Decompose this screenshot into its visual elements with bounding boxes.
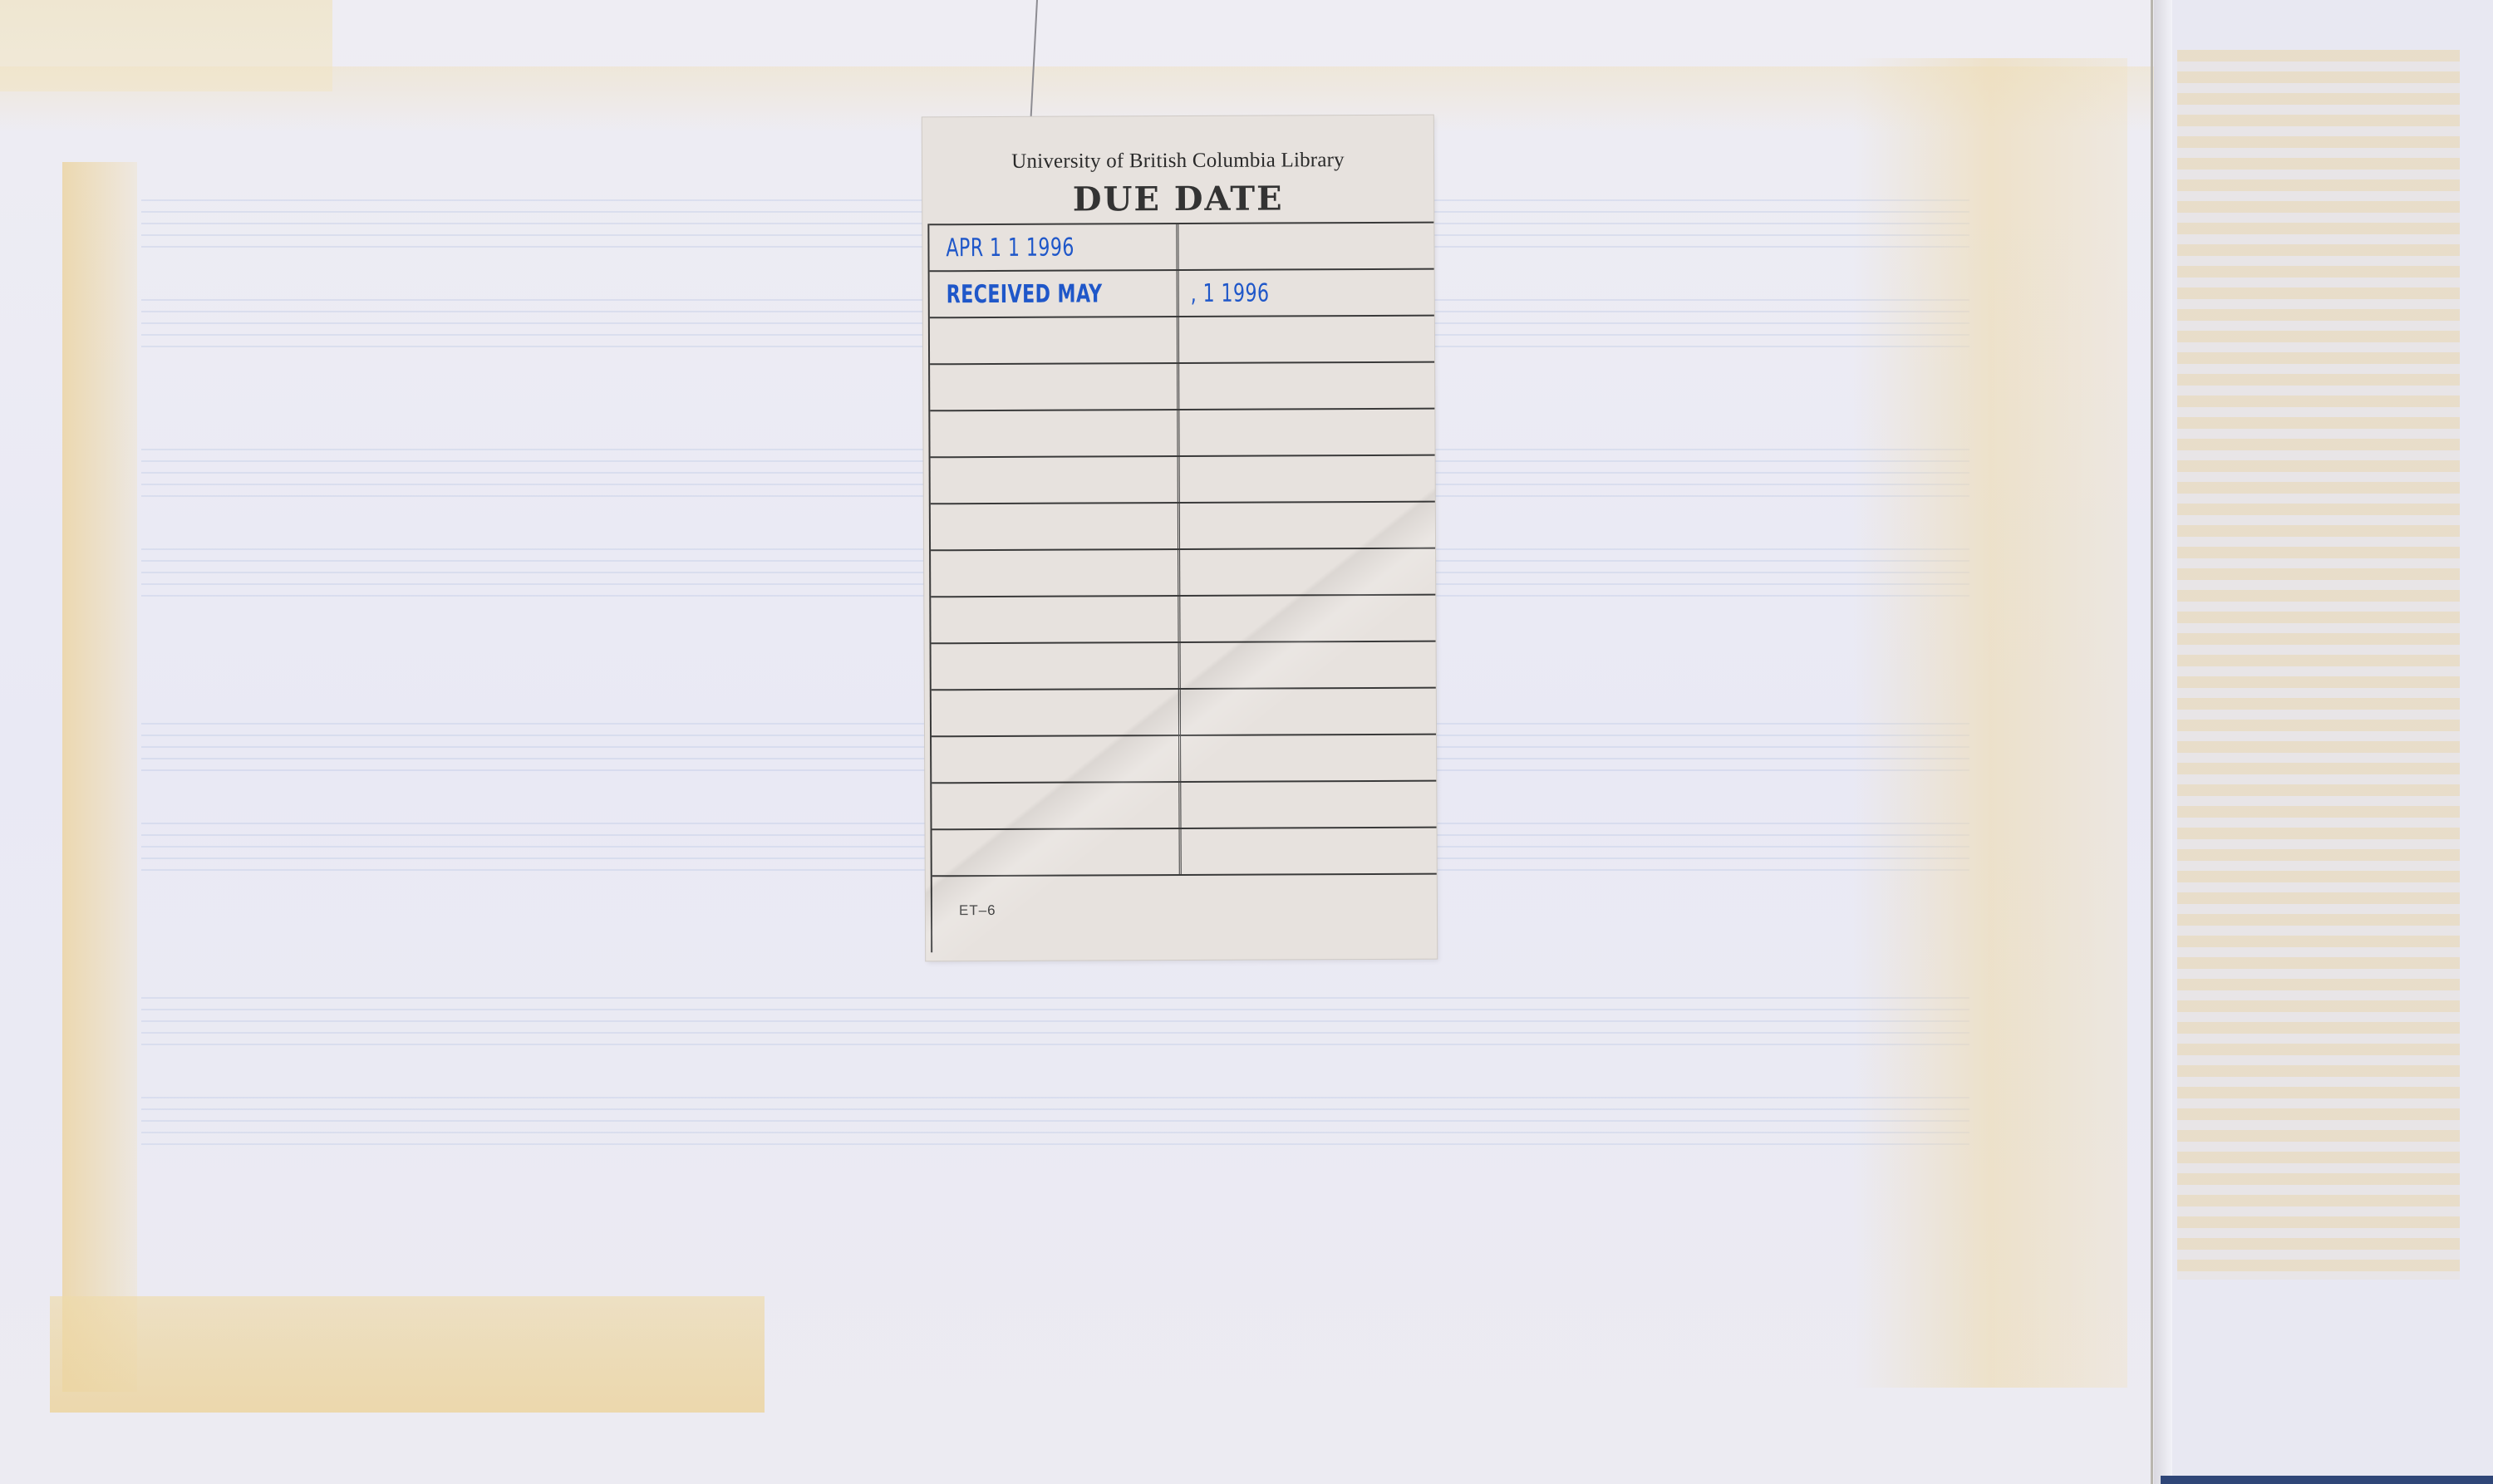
date-row	[931, 594, 1435, 643]
form-code: ET–6	[959, 902, 996, 919]
due-date-slip: University of British Columbia Library D…	[922, 115, 1437, 961]
date-row	[932, 780, 1436, 829]
slip-institution: University of British Columbia Library	[922, 149, 1433, 174]
date-row: APR 1 1 1996	[929, 222, 1433, 271]
spine-fold-line	[2151, 0, 2153, 1484]
received-stamp: RECEIVED MAY	[947, 279, 1103, 309]
due-date-grid: APR 1 1 1996 RECEIVED MAY , 1 1996	[929, 222, 1436, 877]
date-row	[931, 455, 1435, 504]
due-date-stamp: APR 1 1 1996	[946, 233, 1074, 263]
date-row	[931, 501, 1435, 550]
date-row	[931, 548, 1435, 597]
cover-cloth-edge	[2161, 1476, 2493, 1484]
date-row	[932, 827, 1437, 877]
date-row	[930, 361, 1434, 410]
date-row	[930, 315, 1434, 364]
date-row: RECEIVED MAY , 1 1996	[930, 268, 1434, 317]
date-row	[932, 687, 1436, 736]
date-row	[932, 641, 1436, 690]
back-pastedown	[2172, 0, 2493, 1484]
slip-title: DUE DATE	[922, 179, 1433, 220]
date-row	[932, 734, 1436, 783]
received-date-stamp: , 1 1996	[1191, 278, 1270, 307]
date-row	[930, 408, 1434, 457]
spine-hinge	[2154, 0, 2172, 1484]
